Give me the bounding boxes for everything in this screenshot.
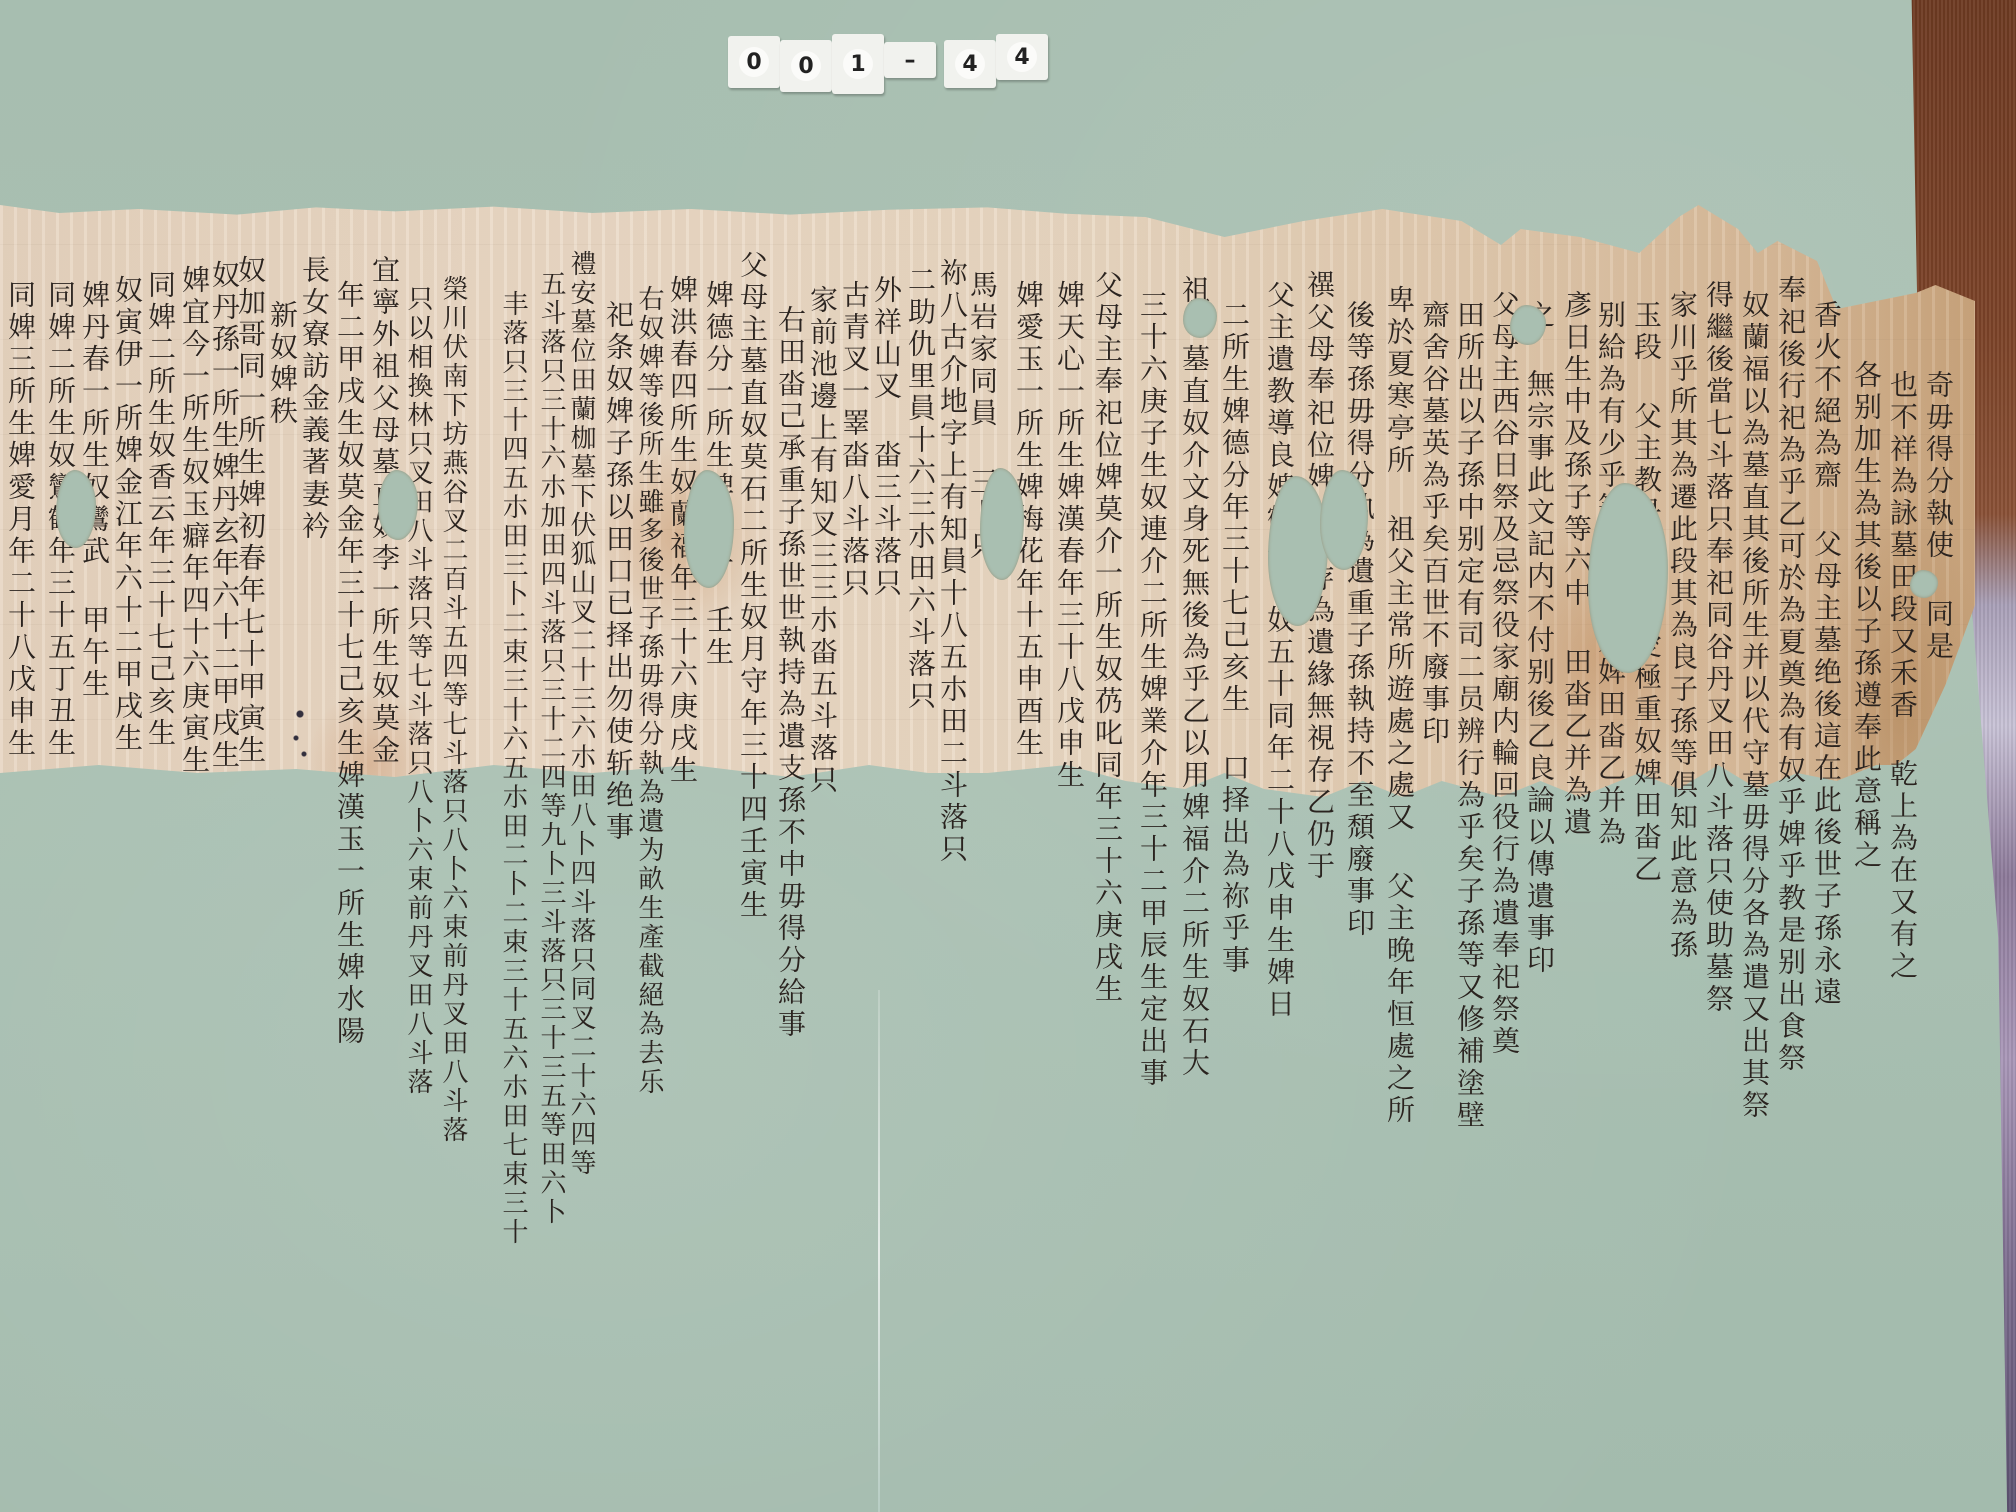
text-column: 右奴婢等後所生雖多後世子孫毋得分執為遺为畝生產截絕為去乐 (636, 285, 662, 1097)
text-column: 三十六庚子生奴連介二所生婢業介年三十二甲辰生定出事 (1138, 290, 1166, 1090)
text-column: 同婢三所生婢愛月年二十八戊申生 (6, 280, 34, 760)
label-tile: 1 (832, 34, 884, 94)
text-column: 得繼後當七斗落只奉祀同谷丹叉田八斗落只使助墓祭 (1704, 280, 1732, 1016)
text-column: 祖 墓直奴介文身死無後為乎乙以用婢福介二所生奴石大 (1180, 275, 1208, 1080)
text-column: 各别加生為其後以子孫遵奉此意稱之 (1852, 360, 1880, 872)
text-column: 禮安墓位田蘭枷墓下伏狐山叉二十三六朩田八卜四斗落只同叉二十六四等 (568, 250, 594, 1178)
catalog-label: 0 0 1 – 4 4 (728, 36, 1048, 92)
text-column: 家川乎所其為遷此段其為良子孫等俱知此意為孫 (1668, 290, 1696, 962)
text-column: 榮川伏南下坊燕谷叉二百斗五四等七斗落只八卜六束前丹叉田八斗落 (440, 275, 466, 1145)
text-column: 婢宜今一所生奴玉癖年四十六庚寅生 (180, 265, 208, 777)
text-column: 右田畓己承重子孫世世執持為遺支孫不中毋得分給事 (776, 305, 804, 1041)
text-column: 祀条奴婢子孫以田口已择出勿使斩绝事 (604, 300, 632, 844)
text-column: 新奴婢秩 (268, 300, 296, 428)
text-column: 奴加哥同一所生婢初春年七十甲寅生 (236, 255, 264, 767)
text-column: 齋舍谷墓英為乎矣百世不廢事印 (1420, 300, 1448, 748)
text-column: 父主遺教導良婢鶴代 奴五十同年二十八戊申生婢日 (1265, 280, 1293, 1021)
text-column: 父母主奉祀位婢莫介一所生奴芿叱同年三十六庚戌生 (1093, 270, 1121, 1006)
text-column: 祢八古介地字上有知員十八五朩田二斗落只 (938, 258, 966, 866)
text-column: 家前池邊上有知叉三三朩畓五斗落只 (808, 285, 836, 797)
text-column: 奴寅伊一所婢金江年六十二甲戌生 (113, 275, 141, 755)
text-column: 二助仇里員十六三朩田六斗落只 (906, 265, 934, 713)
text-column: 二所生婢德分年三十七己亥生 口择出為祢乎事 (1220, 300, 1248, 977)
text-column: 彥日生中及孫子等六中 田畓乙并為遺 (1562, 290, 1590, 839)
label-tile: 0 (780, 40, 832, 92)
text-column: 年二甲戌生奴莫金年三十七己亥生婢漢玉一所生婢水陽 (335, 280, 363, 1048)
text-column: 香火不絕為齋 父母主墓绝後這在此後世子孫永遠 (1812, 300, 1840, 1009)
text-column: 長女寮訪金義著妻衿 (300, 255, 328, 543)
text-column: 奇毋得分執使 同是 (1924, 370, 1952, 663)
label-tile: 0 (728, 36, 780, 88)
label-tile: – (884, 42, 936, 78)
text-column: 後等孫毋得分執為遺重子孫執持不至頹廢事印 (1345, 300, 1373, 940)
text-column: 只以相換林只叉田八斗落只等七斗落只八卜六束前丹叉田八斗落 (405, 285, 431, 1097)
text-column: 外祥山叉 畓三斗落只 (872, 275, 900, 600)
text-column: 田所出以子孫中别定有司二员辨行為乎矣子孫等又修補塗壁 (1455, 300, 1483, 1132)
text-column: 奉祀後行祀為乎乙可於為夏奠為有奴乎婢乎教是别出食祭 (1776, 275, 1804, 1075)
text-column: 之 無宗事此文記内不付别後乙良論以傳遺事印 (1525, 300, 1553, 977)
text-column: 奴蘭福以為墓直其後所生并以代守墓毋得分各為遣又出其祭 (1740, 290, 1768, 1122)
text-column: 父母主西谷日祭及忌祭役家廟内輪回役行為遺奉祀祭奠 (1490, 290, 1518, 1058)
ink-smudge (290, 690, 310, 770)
text-column: 同婢二所生奴香云年三十七己亥生 (146, 270, 174, 750)
label-tile: 4 (944, 40, 996, 88)
text-column: 父母主墓直奴莫石二所生奴月守年三十四壬寅生 (738, 250, 766, 922)
mount-seam (878, 990, 880, 1512)
text-column: 古青叉一睪畓八斗落只 (840, 280, 868, 600)
label-tile: 4 (996, 34, 1048, 80)
text-column: 婢天心一所生婢漢春年三十八戊申生 (1055, 280, 1083, 792)
text-column: 五斗落只三十六朩加田四斗落只三十二四等九卜三斗落只三十三五等田六卜 (538, 270, 564, 1227)
text-column: 丰落只三十四五朩田三卜二束三十六五朩田二卜二束三十五六朩田七束三十 (500, 290, 526, 1247)
text-column: 也不祥為詠墓田段又禾香 乾上為在又有之 (1888, 370, 1916, 983)
text-column: 卑於夏寒亭所 祖父主常所遊處之處又 父主晚年恒處之所 (1385, 285, 1413, 1127)
